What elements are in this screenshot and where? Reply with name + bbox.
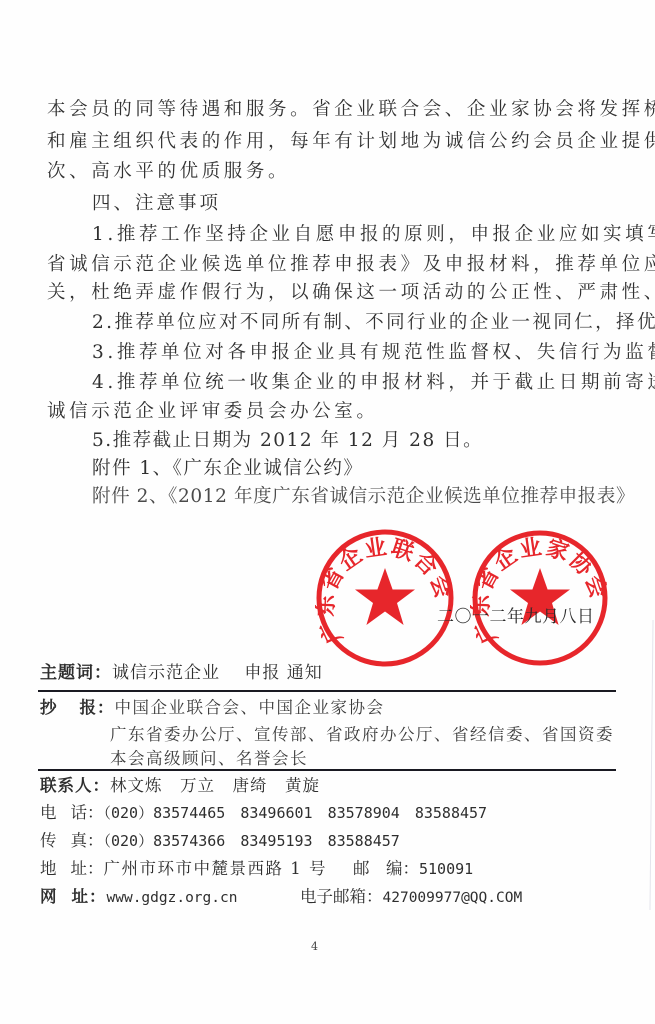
subject-terms: 诚信示范企业 申报 通知 (112, 663, 323, 683)
scan-edge-artifact (649, 620, 653, 910)
contact-names: 林文炼 万立 唐绮 黄旋 (110, 776, 320, 795)
notice-item-4-cont: 诚信示范企业评审委员会办公室。 (47, 400, 379, 424)
paragraph-line: 和雇主组织代表的作用，每年有计划地为诚信公约会员企业提供多层 (47, 130, 655, 154)
notice-item-4: 4.推荐单位统一收集企业的申报材料，并于截止日期前寄送广东省 (92, 371, 655, 395)
address-label-b: 址： (71, 859, 104, 878)
notice-item-1: 1.推荐工作坚持企业自愿申报的原则，申报企业应如实填写《广东 (92, 223, 655, 247)
paragraph-line: 本会员的同等待遇和服务。省企业联合会、企业家协会将发挥桥梁纽带 (47, 98, 655, 122)
website-label-a: 网 (40, 887, 58, 906)
subject-label: 主题词： (40, 663, 112, 683)
contact-label: 联系人： (40, 776, 110, 795)
email-row: 电子邮箱：427009977@QQ.COM (300, 886, 522, 909)
document-page: 本会员的同等待遇和服务。省企业联合会、企业家协会将发挥桥梁纽带 和雇主组织代表的… (0, 0, 655, 1024)
fax-row: 传真：（020）83574366 83495193 83588457 (40, 830, 400, 852)
website-link[interactable]: www.gdgz.org.cn (107, 890, 238, 906)
cc-line: 广东省委办公厅、宣传部、省政府办公厅、省经信委、省国资委 (110, 724, 614, 746)
section-heading: 四、注意事项 (92, 192, 221, 216)
notice-item-5: 5.推荐截止日期为 2012 年 12 月 28 日。 (92, 429, 483, 453)
cc-line: 中国企业联合会、中国企业家协会 (115, 698, 385, 717)
contact-row: 联系人：林文炼 万立 唐绮 黄旋 (40, 775, 320, 797)
seal-right-icon: 广东省企业家协会 (470, 530, 610, 670)
phone-row: 电话：（020）83574465 83496601 83578904 83588… (40, 802, 487, 824)
postcode-value: 510091 (419, 860, 473, 878)
divider-rule (38, 690, 616, 692)
page-number: 4 (311, 940, 318, 953)
phone-label-b: 话： (71, 803, 104, 822)
notice-item-1-cont: 关，杜绝弄虚作假行为，以确保这一项活动的公正性、严肃性、权威性。 (47, 281, 655, 305)
address-label-a: 地 (40, 859, 57, 878)
cc-label-a: 抄 (40, 698, 58, 717)
postcode-label: 邮 编： (353, 859, 419, 878)
website-label-b: 址： (72, 887, 107, 906)
fax-values: （020）83574366 83495193 83588457 (104, 832, 400, 850)
cc-line: 本会高级顾问、名誉会长 (110, 748, 308, 770)
signature-date: 二〇一二年九月八日 (437, 606, 595, 628)
email-link[interactable]: 427009977@QQ.COM (383, 890, 523, 906)
divider-rule (38, 769, 616, 771)
paragraph-line: 次、高水平的优质服务。 (47, 160, 290, 184)
phone-values: （020）83574465 83496601 83578904 83588457 (104, 804, 488, 822)
notice-item-3: 3.推荐单位对各申报企业具有规范性监督权、失信行为监督权。 (92, 341, 655, 365)
postcode-row: 邮 编：510091 (353, 858, 473, 880)
notice-item-2: 2.推荐单位应对不同所有制、不同行业的企业一视同仁，择优推荐。 (92, 311, 655, 335)
attachment-2: 附件 2、《2012 年度广东省诚信示范企业候选单位推荐申报表》 (92, 485, 635, 509)
address-row: 地址：广州市环市中麓景西路 1 号 (40, 858, 327, 880)
phone-label-a: 电 (40, 803, 57, 822)
fax-label-b: 真： (71, 831, 104, 850)
cc-label-b: 报： (80, 698, 115, 717)
seal-left-icon: 广东省企业联合会 (315, 528, 455, 668)
notice-item-1-cont: 省诚信示范企业候选单位推荐申报表》及申报材料，推荐单位应严格把 (47, 253, 655, 277)
subject-row: 主题词：诚信示范企业 申报 通知 (40, 662, 323, 684)
attachment-1: 附件 1、《广东企业诚信公约》 (92, 457, 363, 481)
cc-row: 抄报：中国企业联合会、中国企业家协会 (40, 697, 385, 719)
email-label: 电子邮箱： (300, 887, 383, 906)
website-row: 网址：www.gdgz.org.cn (40, 886, 237, 909)
address-value: 广州市环市中麓景西路 1 号 (104, 859, 328, 878)
fax-label-a: 传 (40, 831, 57, 850)
